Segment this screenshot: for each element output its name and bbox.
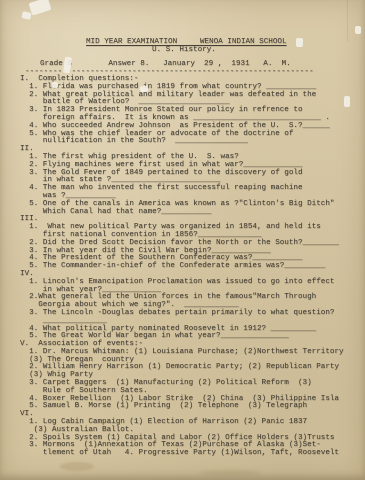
question-line: nullification in the South? ____________…: [20, 138, 365, 146]
paper-damage-spot: [344, 96, 350, 107]
exam-content: MID YEAR EXAMINATION WENOA INDIAN SCHOOL…: [0, 0, 365, 458]
question-line: Which Canal had that name?___________: [20, 209, 365, 217]
exam-info-line: Grade 8 Answer 8. January 29 , 1931 A. M…: [40, 60, 365, 68]
paper-damage-spot: [52, 82, 58, 88]
exam-paper: MID YEAR EXAMINATION WENOA INDIAN SCHOOL…: [0, 0, 365, 480]
question-line: 5. The Commander-in-chief of the Confede…: [20, 263, 365, 271]
paper-damage-spot: [296, 38, 303, 47]
exam-subject: U. S. History.: [152, 46, 365, 54]
question-line: 5. Samuel B. Morse (1) Printing (2) Tele…: [20, 403, 365, 411]
exam-sections: I. Completion questions:- 1. Florida was…: [20, 76, 365, 458]
paper-smudge: [200, 470, 260, 476]
question-line: tlement of Utah 4. Progressive Party (1)…: [20, 450, 365, 458]
paper-smudge: [60, 462, 94, 471]
exam-title: MID YEAR EXAMINATION WENOA INDIAN SCHOOL: [86, 38, 365, 46]
paper-damage-spot: [355, 26, 361, 34]
